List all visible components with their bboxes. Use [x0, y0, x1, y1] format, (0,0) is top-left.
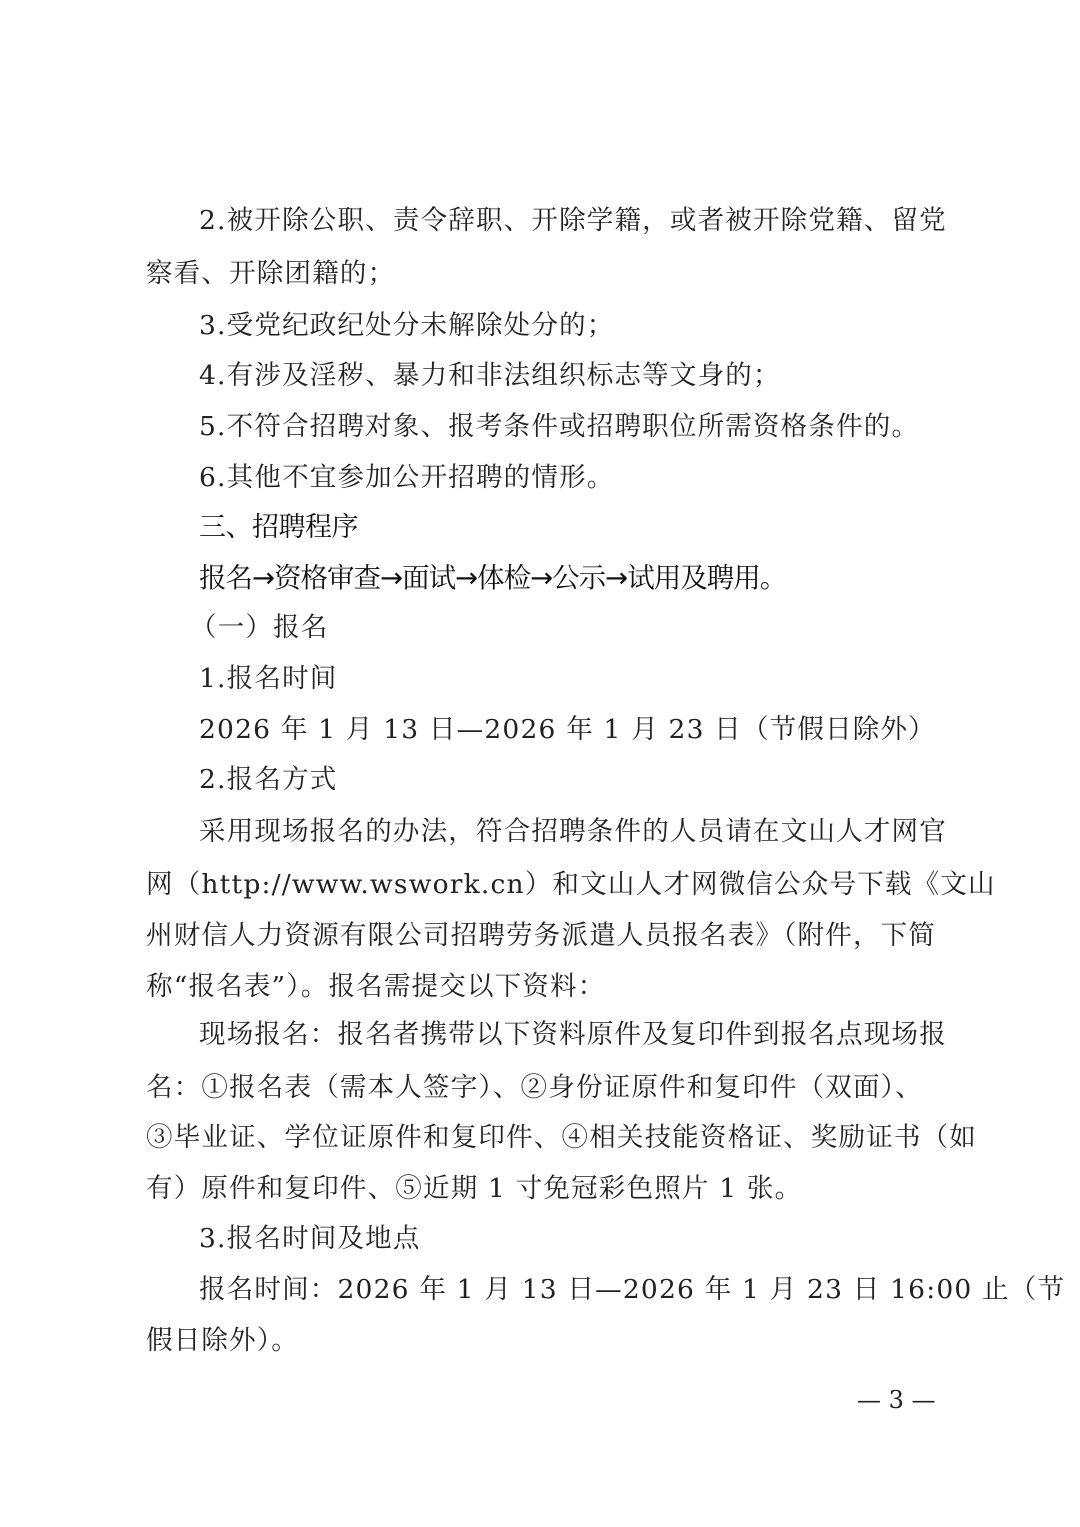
item-4: 4.有涉及淫秽、暴力和非法组织标志等文身的； — [199, 359, 999, 393]
item-2-line-1: 2.被开除公职、责令辞职、开除学籍，或者被开除党籍、留党 — [199, 204, 999, 238]
registration-time-place-line-2: 假日除外）。 — [146, 1324, 946, 1358]
item-3: 3.受党纪政纪处分未解除处分的； — [199, 309, 999, 343]
onsite-registration-line-3: ③毕业证、学位证原件和复印件、④相关技能资格证、奖励证书（如 — [146, 1121, 946, 1155]
item-2-line-2: 察看、开除团籍的； — [146, 257, 946, 291]
onsite-registration-line-4: 有）原件和复印件、⑤近期 1 寸免冠彩色照片 1 张。 — [146, 1172, 946, 1206]
registration-method-line-2: 网（http://www.wswork.cn）和文山人才网微信公众号下载《文山 — [146, 868, 946, 902]
registration-method-line-1: 采用现场报名的办法，符合招聘条件的人员请在文山人才网官 — [199, 815, 999, 849]
document-page: 2.被开除公职、责令辞职、开除学籍，或者被开除党籍、留党 察看、开除团籍的； 3… — [0, 0, 1080, 1527]
item-6: 6.其他不宜参加公开招聘的情形。 — [199, 461, 999, 495]
registration-method-heading: 2.报名方式 — [199, 763, 999, 797]
registration-place-heading: 3.报名时间及地点 — [199, 1222, 999, 1256]
recruitment-flow: 报名→资格审查→面试→体检→公示→试用及聘用。 — [199, 561, 999, 595]
onsite-registration-line-1: 现场报名：报名者携带以下资料原件及复印件到报名点现场报 — [199, 1018, 999, 1052]
registration-method-line-3: 州财信人力资源有限公司招聘劳务派遣人员报名表》（附件，下简 — [146, 919, 946, 953]
section-3-heading: 三、招聘程序 — [199, 511, 999, 545]
registration-time-place-line-1: 报名时间：2026 年 1 月 13 日—2026 年 1 月 23 日 16:… — [199, 1273, 999, 1307]
onsite-registration-line-2: 名：①报名表（需本人签字）、②身份证原件和复印件（双面）、 — [146, 1071, 946, 1105]
registration-time-text: 2026 年 1 月 13 日—2026 年 1 月 23 日（节假日除外） — [199, 713, 999, 747]
subsection-1-heading: （一）报名 — [190, 611, 990, 645]
page-number: — 3 — — [857, 1386, 936, 1414]
registration-method-line-4: 称“报名表”）。报名需提交以下资料： — [146, 970, 946, 1004]
item-5: 5.不符合招聘对象、报考条件或招聘职位所需资格条件的。 — [199, 410, 999, 444]
registration-time-heading: 1.报名时间 — [199, 662, 999, 696]
